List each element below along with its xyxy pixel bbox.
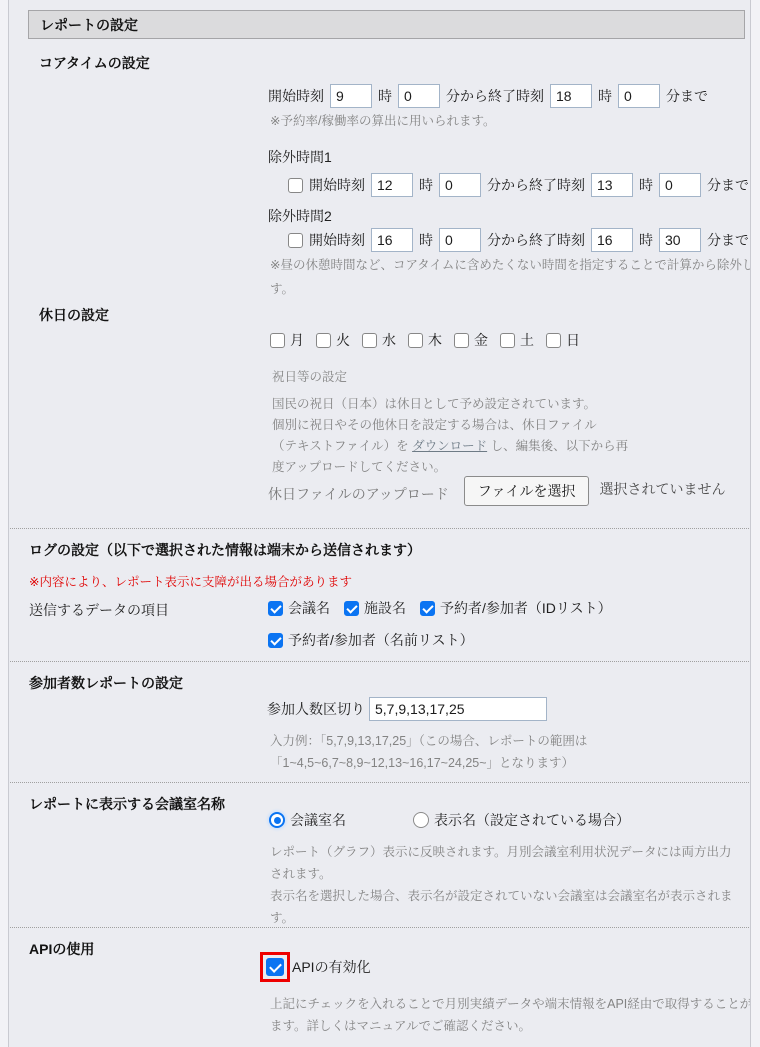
exclusion1-end-min-input[interactable]	[659, 173, 701, 197]
hour-unit-label: 時	[639, 175, 653, 195]
send-data-label: 送信するデータの項目	[29, 600, 169, 620]
note-line-prefix: （テキストファイル）を	[272, 439, 412, 453]
section-divider	[10, 782, 749, 783]
facility-name-label: 施設名	[364, 598, 406, 618]
note-line: ※昼の休憩時間など、コアタイムに含めたくない時間を指定することで計算から除外しま	[270, 253, 751, 277]
day-checkbox-sun[interactable]	[546, 333, 561, 348]
day-label-fri: 金	[474, 330, 488, 350]
exclusion1-end-hour-input[interactable]	[591, 173, 633, 197]
room-name-note: レポート（グラフ）表示に反映されます。月別会議室利用状況データには両方出力 され…	[270, 841, 733, 929]
minute-end-label: 分まで	[666, 86, 708, 106]
exclusion2-start-min-input[interactable]	[439, 228, 481, 252]
meeting-name-checkbox[interactable]	[268, 601, 283, 616]
start-time-label: 開始時刻	[309, 230, 365, 250]
exclusion2-row: 開始時刻 時 分から終了時刻 時 分まで	[288, 228, 749, 252]
exclusion2-checkbox[interactable]	[288, 233, 303, 248]
api-enable-checkbox[interactable]	[266, 958, 284, 976]
note-line: 国民の祝日（日本）は休日として予め設定されています。	[272, 394, 628, 415]
day-label-thu: 木	[428, 330, 442, 350]
exclusion2-end-min-input[interactable]	[659, 228, 701, 252]
room-name-radio-label: 会議室名	[290, 810, 346, 830]
upload-label: 休日ファイルのアップロード	[268, 476, 449, 504]
day-label-mon: 月	[290, 330, 304, 350]
minute-end-label: 分まで	[707, 175, 749, 195]
room-name-heading: レポートに表示する会議室名称	[29, 794, 225, 814]
core-end-hour-input[interactable]	[550, 84, 592, 108]
core-time-row: 開始時刻 時 分から終了時刻 時 分まで	[268, 84, 708, 108]
note-line: す。	[270, 907, 733, 929]
exclusion1-start-hour-input[interactable]	[371, 173, 413, 197]
meeting-name-label: 会議名	[288, 598, 330, 618]
day-label-sun: 日	[566, 330, 580, 350]
note-line: （テキストファイル）を ダウンロード し、編集後、以下から再	[272, 436, 628, 457]
api-note: 上記にチェックを入れることで月別実績データや端末情報をAPI経由で取得することが…	[270, 993, 751, 1037]
from-to-label: 分から終了時刻	[487, 230, 585, 250]
annotation-highlight-box	[260, 952, 290, 982]
send-data-row1: 会議名 施設名 予約者/参加者（IDリスト）	[268, 598, 612, 618]
participant-name-checkbox[interactable]	[268, 633, 283, 648]
holiday-heading: 休日の設定	[39, 305, 109, 325]
core-start-min-input[interactable]	[398, 84, 440, 108]
file-select-button[interactable]: ファイルを選択	[464, 476, 590, 506]
core-end-min-input[interactable]	[618, 84, 660, 108]
start-time-label: 開始時刻	[268, 86, 324, 106]
core-time-note: ※予約率/稼働率の算出に用いられます。	[270, 110, 495, 132]
from-to-label: 分から終了時刻	[487, 175, 585, 195]
core-time-heading: コアタイムの設定	[39, 53, 150, 73]
note-line: 入力例：「5,7,9,13,17,25」（この場合、レポートの範囲は	[270, 730, 587, 752]
attendees-heading: 参加者数レポートの設定	[29, 673, 183, 693]
day-checkbox-tue[interactable]	[316, 333, 331, 348]
attendees-breakpoints-input[interactable]	[369, 697, 547, 721]
participant-id-checkbox[interactable]	[420, 601, 435, 616]
core-time-note2: ※昼の休憩時間など、コアタイムに含めたくない時間を指定することで計算から除外しま…	[270, 253, 751, 301]
note-line-suffix: し、編集後、以下から再	[487, 439, 628, 453]
hour-unit-label: 時	[419, 175, 433, 195]
exclusion1-start-min-input[interactable]	[439, 173, 481, 197]
note-line: レポート（グラフ）表示に反映されます。月別会議室利用状況データには両方出力	[270, 841, 733, 863]
exclusion1-row: 開始時刻 時 分から終了時刻 時 分まで	[288, 173, 749, 197]
hour-unit-label: 時	[639, 230, 653, 250]
section-divider	[10, 528, 749, 529]
section-divider	[10, 927, 749, 928]
note-line: 度アップロードしてください。	[272, 457, 628, 478]
section-divider	[10, 661, 749, 662]
room-name-radio[interactable]	[269, 812, 285, 828]
exclusion2-start-hour-input[interactable]	[371, 228, 413, 252]
holiday-upload-row: 休日ファイルのアップロード ファイルを選択 選択されていません	[268, 476, 729, 506]
note-line: ます。詳しくはマニュアルでご確認ください。	[270, 1015, 751, 1037]
display-name-radio[interactable]	[413, 812, 429, 828]
attendees-input-label: 参加人数区切り	[267, 699, 365, 719]
facility-name-checkbox[interactable]	[344, 601, 359, 616]
hour-unit-label: 時	[598, 86, 612, 106]
holiday-sub-label: 祝日等の設定	[272, 366, 347, 388]
hour-unit-label: 時	[378, 86, 392, 106]
minute-end-label: 分まで	[707, 230, 749, 250]
day-checkbox-mon[interactable]	[270, 333, 285, 348]
exclusion2-end-hour-input[interactable]	[591, 228, 633, 252]
download-link[interactable]: ダウンロード	[412, 439, 487, 453]
day-checkbox-thu[interactable]	[408, 333, 423, 348]
hour-unit-label: 時	[419, 230, 433, 250]
api-enable-label: APIの有効化	[292, 957, 371, 977]
api-heading: APIの使用	[29, 939, 94, 959]
display-name-radio-label: 表示名（設定されている場合）	[434, 810, 630, 830]
exclusion1-checkbox[interactable]	[288, 178, 303, 193]
day-checkbox-wed[interactable]	[362, 333, 377, 348]
start-time-label: 開始時刻	[309, 175, 365, 195]
day-label-tue: 火	[336, 330, 350, 350]
note-line: 表示名を選択した場合、表示名が設定されていない会議室は会議室名が表示されま	[270, 885, 733, 907]
send-data-row2: 予約者/参加者（名前リスト）	[268, 630, 474, 650]
core-start-hour-input[interactable]	[330, 84, 372, 108]
note-line: 個別に祝日やその他休日を設定する場合は、休日ファイル	[272, 415, 628, 436]
holiday-info-text: 国民の祝日（日本）は休日として予め設定されています。 個別に祝日やその他休日を設…	[272, 394, 628, 478]
note-line: す。	[270, 277, 751, 301]
day-label-sat: 土	[520, 330, 534, 350]
participant-id-label: 予約者/参加者（IDリスト）	[440, 598, 612, 618]
log-warning-text: ※内容により、レポート表示に支障が出る場合があります	[29, 572, 352, 590]
attendees-note: 入力例：「5,7,9,13,17,25」（この場合、レポートの範囲は 「1~4,…	[270, 730, 587, 774]
exclusion2-label: 除外時間2	[268, 206, 332, 226]
attendees-input-row: 参加人数区切り	[267, 697, 547, 721]
note-line: 上記にチェックを入れることで月別実績データや端末情報をAPI経由で取得することが…	[270, 993, 751, 1015]
page-title: レポートの設定	[40, 15, 138, 35]
holiday-days-row: 月 火 水 木 金 土 日	[270, 330, 580, 350]
day-checkbox-sat[interactable]	[500, 333, 515, 348]
log-heading: ログの設定（以下で選択された情報は端末から送信されます）	[29, 540, 421, 560]
api-checkbox-row: APIの有効化	[260, 952, 371, 982]
note-line: 「1~4,5~6,7~8,9~12,13~16,17~24,25~」となります）	[270, 752, 587, 774]
day-checkbox-fri[interactable]	[454, 333, 469, 348]
participant-name-label: 予約者/参加者（名前リスト）	[288, 630, 474, 650]
room-name-options-row: 会議室名 表示名（設定されている場合）	[269, 810, 630, 830]
file-status-text: 選択されていません	[599, 476, 729, 500]
settings-panel: レポートの設定 コアタイムの設定 開始時刻 時 分から終了時刻 時 分まで ※予…	[8, 0, 751, 1047]
day-label-wed: 水	[382, 330, 396, 350]
note-line: されます。	[270, 863, 733, 885]
exclusion1-label: 除外時間1	[268, 147, 332, 167]
page-title-bar: レポートの設定	[28, 10, 745, 39]
from-to-label: 分から終了時刻	[446, 86, 544, 106]
